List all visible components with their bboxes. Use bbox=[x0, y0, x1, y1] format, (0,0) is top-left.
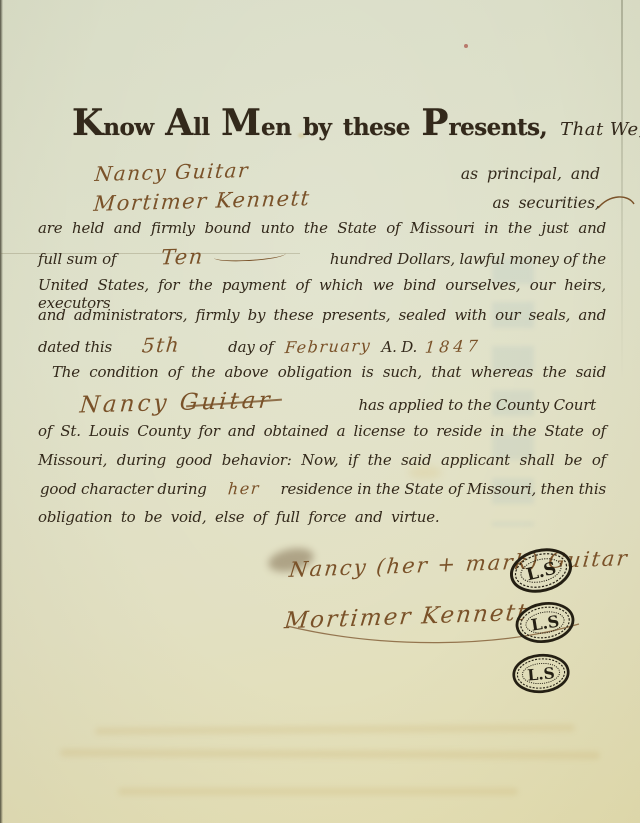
applicant-name-handwritten: Nancy Guitar bbox=[79, 387, 274, 418]
condition-line-5-pre: good character during bbox=[40, 480, 207, 498]
heading-script-suffix: That We, bbox=[560, 119, 640, 140]
principal-label: as principal, and bbox=[461, 165, 600, 183]
day-of-label: day of bbox=[228, 338, 273, 356]
obligation-line-1: are held and firmly bound unto the State… bbox=[38, 219, 606, 237]
day-handwritten: 5th bbox=[141, 333, 181, 358]
pronoun-handwritten: her bbox=[227, 479, 260, 499]
principal-name-handwritten: Nancy Guitar bbox=[94, 158, 250, 186]
sum-amount-group: Ten bbox=[161, 245, 286, 269]
obligation-line-2: full sum of Ten hundred Dollars, lawful … bbox=[38, 245, 606, 269]
condition-line-4: Missouri, during good behavior: Now, if … bbox=[38, 451, 606, 469]
sum-suffix: hundred Dollars, lawful money of the bbox=[330, 250, 606, 268]
ink-speck bbox=[464, 44, 468, 48]
document-page: Know All Men by these Presents, That We,… bbox=[0, 0, 640, 823]
year-handwritten: 1847 bbox=[424, 336, 482, 356]
obligation-line-4: and administrators, firmly by these pres… bbox=[38, 306, 606, 324]
seal-label: L.S bbox=[527, 663, 556, 684]
month-handwritten: February bbox=[284, 336, 372, 357]
paper-crease-vertical bbox=[621, 0, 623, 380]
amount-handwritten: Ten bbox=[160, 244, 205, 269]
security-name-handwritten: Mortimer Kennett bbox=[93, 186, 312, 216]
amount-flourish-dash bbox=[213, 249, 285, 263]
condition-line-6: obligation to be void, else of full forc… bbox=[38, 508, 606, 526]
signature-1-name: Nancy (her + mark) Guitar bbox=[288, 546, 630, 582]
bleedthrough-line bbox=[118, 788, 518, 795]
securities-flourish bbox=[596, 192, 636, 212]
security-label: as securities, bbox=[492, 194, 600, 212]
ls-seal-3: L.S bbox=[509, 648, 573, 698]
bleedthrough-line bbox=[95, 724, 575, 734]
condition-line-2: Nancy Guitar has applied to the County C… bbox=[38, 390, 596, 416]
condition-line-2-printed: has applied to the County Court bbox=[359, 396, 596, 414]
dated-this-label: dated this bbox=[38, 338, 112, 356]
obligation-date-line: dated this 5th day of February A. D. 184… bbox=[38, 333, 606, 357]
scan-edge-left bbox=[0, 0, 3, 823]
bleedthrough-line bbox=[60, 749, 600, 760]
condition-line-5-post: residence in the State of Missouri, then… bbox=[281, 480, 606, 498]
sum-prefix: full sum of bbox=[38, 250, 116, 268]
era-label: A. D. bbox=[381, 338, 417, 356]
condition-line-1: The condition of the above obligation is… bbox=[52, 363, 606, 381]
seal-label: L.S bbox=[524, 559, 558, 586]
document-heading: Know All Men by these Presents, That We, bbox=[72, 102, 640, 144]
seal-label: L.S bbox=[530, 612, 561, 635]
condition-line-3: of St. Louis County for and obtained a l… bbox=[38, 422, 606, 440]
condition-line-5: good character during her residence in t… bbox=[40, 479, 606, 498]
heading-blackletter: Know All Men by these Presents, bbox=[72, 102, 547, 144]
